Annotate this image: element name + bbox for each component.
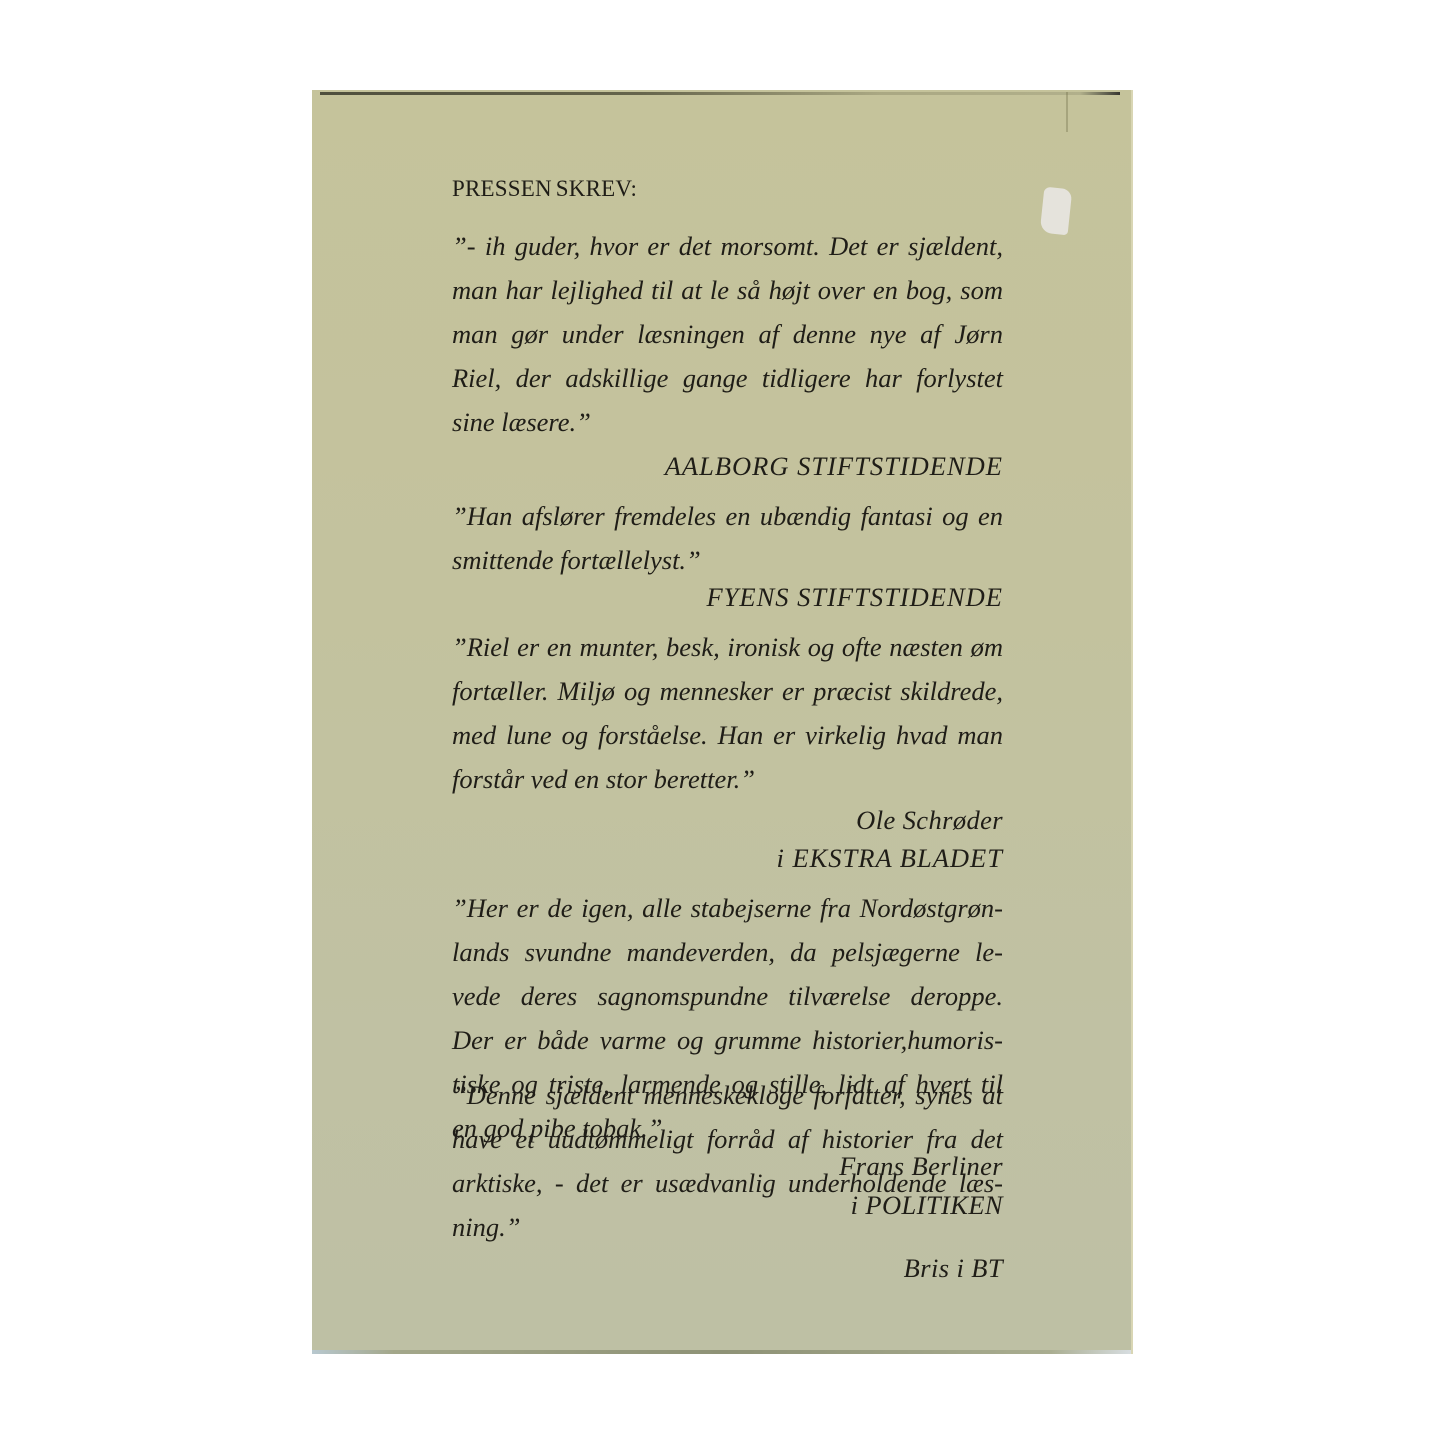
quote-line: man har lejlighed til at le så højt over… (452, 268, 1003, 312)
review-quote-fyens: ”Han afslører fremdeles en ubændig fanta… (452, 494, 1003, 582)
review-quote-ekstra-bladet: ”Riel er en munter, besk, ironisk og oft… (452, 625, 1003, 801)
cover-crease (1066, 92, 1068, 132)
quote-line: man gør under læsningen af denne nye af … (452, 312, 1003, 356)
quote-line: Der er både varme og grumme historier,hu… (452, 1018, 1003, 1062)
quote-line: ”Han afslører fremdeles en ubændig fanta… (452, 494, 1003, 538)
quote-line: ”Her er de igen, alle stabejserne fra No… (452, 886, 1003, 930)
quote-line: ning.” (452, 1205, 1003, 1249)
review-quote-bt: ”Denne sjældent menneskekloge forfatter,… (452, 1073, 1003, 1249)
quote-line: sine læsere.” (452, 400, 1003, 444)
attribution-source: Bris i BT (452, 1246, 1003, 1290)
review-attribution-aalborg: AALBORG STIFTSTIDENDE (452, 444, 1003, 488)
quote-line: fortæller. Miljø og mennesker er præcist… (452, 669, 1003, 713)
attribution-source: AALBORG STIFTSTIDENDE (452, 444, 1003, 488)
torn-sticker-remnant (1040, 187, 1073, 236)
quote-line: Riel, der adskillige gange tidligere har… (452, 356, 1003, 400)
quote-line: lands svundne mandeverden, da pelsjægern… (452, 930, 1003, 974)
quote-line: forstår ved en stor beretter.” (452, 757, 1003, 801)
review-attribution-fyens: FYENS STIFTSTIDENDE (452, 575, 1003, 619)
quote-line: ”Denne sjældent menneskekloge forfatter,… (452, 1073, 1003, 1117)
quote-line: ”Riel er en munter, besk, ironisk og oft… (452, 625, 1003, 669)
attribution-source: FYENS STIFTSTIDENDE (452, 575, 1003, 619)
review-attribution-bt: Bris i BT (452, 1246, 1003, 1290)
quote-line: vede deres sagnomspundne tilværelse dero… (452, 974, 1003, 1018)
quote-line: have et uudtømmeligt forråd af historier… (452, 1117, 1003, 1161)
quote-line: med lune og forståelse. Han er virkelig … (452, 713, 1003, 757)
quote-line: ”- ih guder, hvor er det morsomt. Det er… (452, 224, 1003, 268)
quote-line: arktiske, - det er usædvanlig underholde… (452, 1161, 1003, 1205)
page-heading: PRESSEN SKREV: (452, 176, 637, 202)
review-attribution-ekstra-bladet-source: i EKSTRA BLADET (452, 836, 1003, 880)
attribution-source: i EKSTRA BLADET (452, 836, 1003, 880)
review-quote-aalborg: ”- ih guder, hvor er det morsomt. Det er… (452, 224, 1003, 444)
